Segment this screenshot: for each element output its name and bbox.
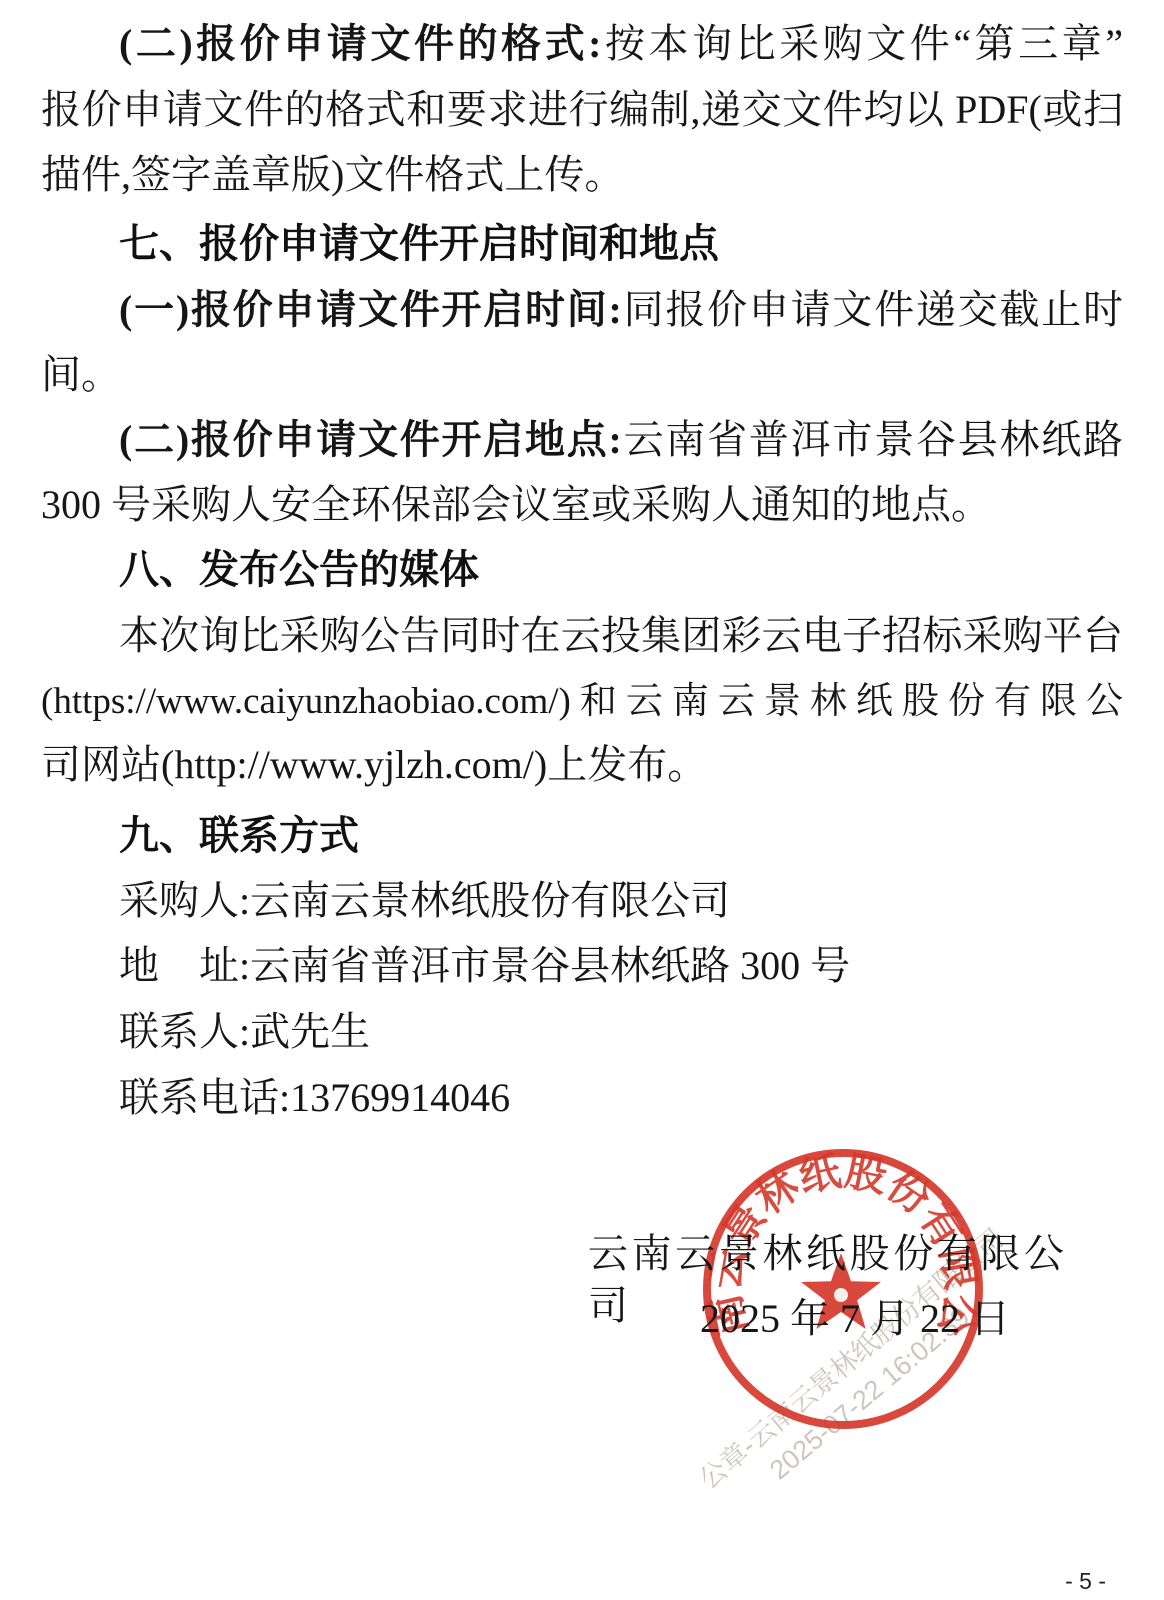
- section9-heading: 九、联系方式: [119, 810, 359, 862]
- contact-buyer: 采购人:云南云景林纸股份有限公司: [119, 875, 1123, 927]
- section7-item1-rest: 同报价申请文件递交截止时: [622, 287, 1123, 332]
- section7-item1-line-2: 间。: [41, 349, 1123, 401]
- para-format-rest: 按本询比采购文件“第三章”: [601, 21, 1123, 66]
- section7-heading: 七、报价申请文件开启时间和地点: [119, 218, 719, 270]
- section8-heading: 八、发布公告的媒体: [119, 544, 479, 596]
- section7-item2-rest: 云南省普洱市景谷县林纸路: [622, 417, 1123, 462]
- contact-person: 联系人:武先生: [119, 1006, 1123, 1058]
- section8-line-3: 司网站(http://www.yjlzh.com/)上发布。: [41, 739, 1123, 791]
- section7-item2-line-1: (二)报价申请文件开启地点:云南省普洱市景谷县林纸路: [119, 414, 1123, 466]
- contact-address: 地 址:云南省普洱市景谷县林纸路 300 号: [119, 940, 1123, 992]
- section7-item1-label: (一)报价申请文件开启时间:: [119, 287, 622, 332]
- section7-item2-label: (二)报价申请文件开启地点:: [119, 417, 622, 462]
- page-number: - 5 -: [1065, 1568, 1106, 1595]
- section7-item1-line-1: (一)报价申请文件开启时间:同报价申请文件递交截止时: [119, 284, 1123, 336]
- document-page: (二)报价申请文件的格式:按本询比采购文件“第三章” 报价申请文件的格式和要求进…: [0, 0, 1164, 1600]
- section8-line-2: (https://www.caiyunzhaobiao.com/)和云南云景林纸…: [41, 676, 1123, 728]
- para-format-line-3: 描件,签字盖章版)文件格式上传。: [41, 149, 1123, 201]
- signature-date: 2025 年 7 月 22 日: [700, 1293, 1010, 1345]
- para-format-line-2: 报价申请文件的格式和要求进行编制,递交文件均以 PDF(或扫: [41, 84, 1123, 136]
- para-format-label: (二)报价申请文件的格式:: [119, 21, 601, 66]
- section7-item2-line-2: 300 号采购人安全环保部会议室或采购人通知的地点。: [41, 479, 1123, 531]
- para-format-line-1: (二)报价申请文件的格式:按本询比采购文件“第三章”: [119, 18, 1123, 70]
- section8-line-1: 本次询比采购公告同时在云投集团彩云电子招标采购平台: [119, 610, 1123, 662]
